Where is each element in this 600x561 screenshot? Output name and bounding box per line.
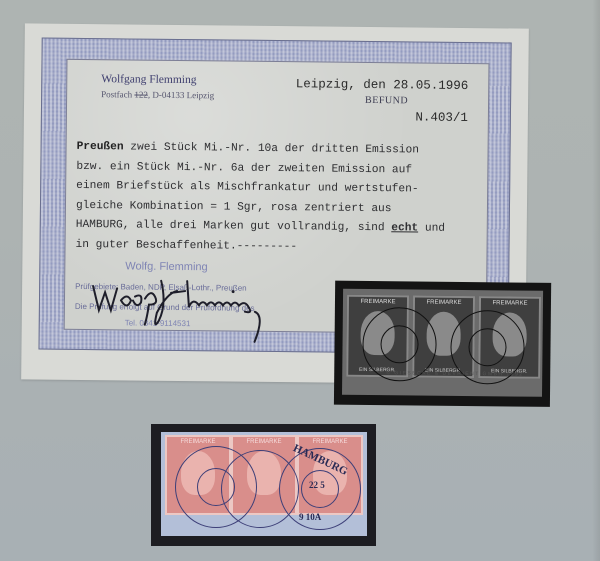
examiner-address: Postfach 122, D-04133 Leipzig <box>101 87 214 103</box>
document-number: N.403/1 <box>295 108 468 126</box>
genuine-verdict: echt <box>391 222 418 234</box>
postmark-time: 9 10A <box>299 512 321 522</box>
cover-piece: FREIMARKE FREIMARKE FREIMARKE HAMBURG 22… <box>161 432 367 536</box>
certificate-text: Preußen zwei Stück Mi.-Nr. 10a der dritt… <box>75 138 480 259</box>
certificate-guilloche-border: Wolfgang Flemming Postfach 122, D-04133 … <box>38 38 511 355</box>
handwritten-signature <box>75 266 316 349</box>
postmark-date: 22 5 <box>309 480 325 490</box>
certificate-body: Wolfgang Flemming Postfach 122, D-04133 … <box>64 59 490 334</box>
examiner-name: Wolfgang Flemming <box>101 72 214 88</box>
examiner-header: Wolfgang Flemming Postfach 122, D-04133 … <box>101 72 214 103</box>
certificate-photo: FREIMARKEEIN SILBERGR. FREIMARKEEIN SILB… <box>334 281 551 407</box>
document-type: BEFUND <box>295 92 408 109</box>
city-name: HAMBURG <box>76 219 123 231</box>
stamp-mount: FREIMARKE FREIMARKE FREIMARKE HAMBURG 22… <box>151 424 376 546</box>
certificate-date-block: Leipzig, den 28.05.1996 BEFUND N.403/1 <box>295 76 468 126</box>
country-name: Preußen <box>77 141 124 153</box>
expertise-certificate: Wolfgang Flemming Postfach 122, D-04133 … <box>21 23 529 384</box>
place-date: Leipzig, den 28.05.1996 <box>296 76 469 94</box>
